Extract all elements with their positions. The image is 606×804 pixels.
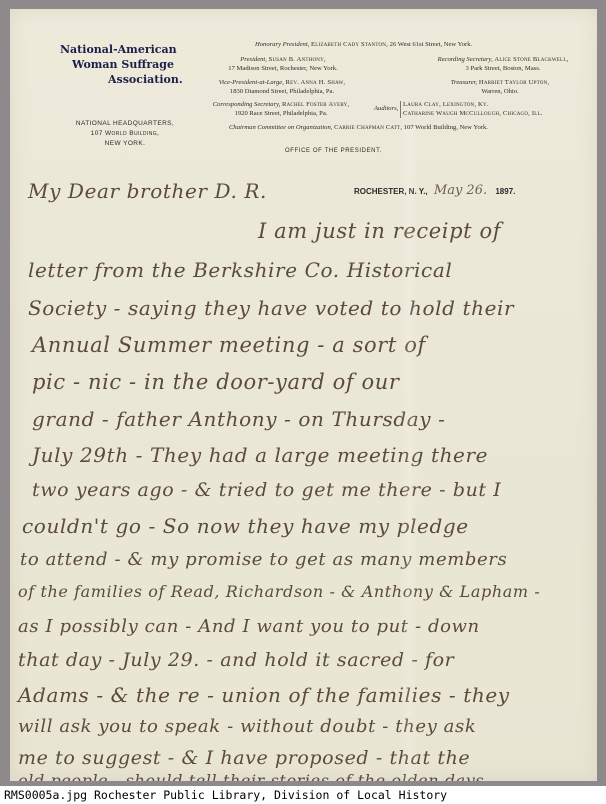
salutation: My Dear brother D. R. — [28, 179, 267, 203]
letter-line: as I possibly can - And I want you to pu… — [18, 616, 480, 637]
officer-title: Chairman Committee on Organization, — [229, 124, 332, 131]
officer-address: 1920 Race Street, Philadelphia, Pa. — [196, 110, 366, 119]
officer-name: Harriet Taylor Upton, — [479, 79, 549, 86]
honorary-president: Honorary President, Elizabeth Cady Stant… — [255, 41, 472, 50]
letter-line: Annual Summer meeting - a sort of — [32, 333, 426, 357]
letter-line: of the families of Read, Richardson - & … — [18, 582, 540, 601]
officer-name: Susan B. Anthony, — [269, 56, 326, 63]
chairman-committee: Chairman Committee on Organization, Carr… — [229, 124, 488, 133]
dateline-year: 1897. — [495, 187, 515, 196]
officer-title: Recording Secretary, — [438, 56, 493, 63]
letter-line: grand - father Anthony - on Thursday - — [32, 407, 446, 431]
letter-line: pic - nic - in the door-yard of our — [32, 370, 400, 394]
handwritten-date: May 26. — [434, 183, 487, 198]
letter-line: letter from the Berkshire Co. Historical — [28, 258, 452, 282]
officer-address: 17 Madison Street, Rochester, New York. — [208, 65, 358, 74]
letter-line: to attend - & my promise to get as many … — [20, 549, 507, 570]
letter-line: me to suggest - & I have proposed - that… — [18, 747, 470, 769]
officer-address: 1830 Diamond Street, Philadelphia, Pa. — [202, 88, 362, 97]
treasurer: Treasurer, Harriet Taylor Upton, Warren,… — [430, 79, 570, 96]
letter-line: couldn't go - So now they have my pledge — [22, 514, 469, 538]
officer-name: Rachel Foster Avery, — [282, 101, 349, 108]
auditors: Auditors, Laura Clay, Lexington, Ky. Cat… — [374, 101, 543, 118]
letter-line: July 29th - They had a large meeting the… — [32, 443, 488, 467]
officers-list: Honorary President, Elizabeth Cady Stant… — [10, 9, 597, 139]
letter-line: old people - should tell their stories o… — [18, 771, 496, 781]
vice-president: Vice-President-at-Large, Rev. Anna H. Sh… — [202, 79, 362, 96]
officer-address: 3 Park Street, Boston, Mass. — [418, 65, 588, 74]
president: President, Susan B. Anthony, 17 Madison … — [208, 56, 358, 73]
officer-name: Elizabeth Cady Stanton, — [311, 41, 388, 48]
officer-address: 26 West 61st Street, New York. — [390, 41, 473, 48]
letter-line: Adams - & the re - union of the families… — [18, 683, 510, 707]
letter-line: will ask you to speak - without doubt - … — [18, 716, 476, 737]
dateline: ROCHESTER, N. Y., May 26. 1897. — [354, 183, 515, 198]
office-of-president: OFFICE OF THE PRESIDENT. — [10, 148, 597, 154]
officer-title: Vice-President-at-Large, — [219, 79, 284, 86]
auditor-1: Laura Clay, Lexington, Ky. — [403, 101, 543, 110]
corresponding-secretary: Corresponding Secretary, Rachel Foster A… — [196, 101, 366, 118]
letter-line: that day - July 29. - and hold it sacred… — [18, 649, 454, 671]
auditor-2: Catharine Waugh McCullough, Chicago, Ill… — [403, 110, 543, 119]
officer-title: Honorary President, — [255, 41, 309, 48]
officer-address: 107 World Building, New York. — [404, 124, 488, 131]
recording-secretary: Recording Secretary, Alice Stone Blackwe… — [418, 56, 588, 73]
officer-title: Treasurer, — [451, 79, 477, 86]
letter-line: Society - saying they have voted to hold… — [28, 296, 514, 320]
letter-line: I am just in receipt of — [258, 219, 501, 243]
officer-name: Carrie Chapman Catt, — [334, 124, 402, 131]
officer-title: Corresponding Secretary, — [213, 101, 281, 108]
officer-name: Rev. Anna H. Shaw, — [286, 79, 346, 86]
officer-address: Warren, Ohio. — [430, 88, 570, 97]
image-caption: RMS0005a.jpg Rochester Public Library, D… — [4, 786, 447, 804]
letter-line: two years ago - & tried to get me there … — [32, 479, 501, 501]
officer-title: President, — [240, 56, 267, 63]
officer-title: Auditors, — [374, 105, 398, 112]
dateline-place: ROCHESTER, N. Y., — [354, 187, 428, 196]
letter-page: National-American Woman Suffrage Associa… — [10, 9, 597, 781]
officer-name: Alice Stone Blackwell, — [494, 56, 568, 63]
